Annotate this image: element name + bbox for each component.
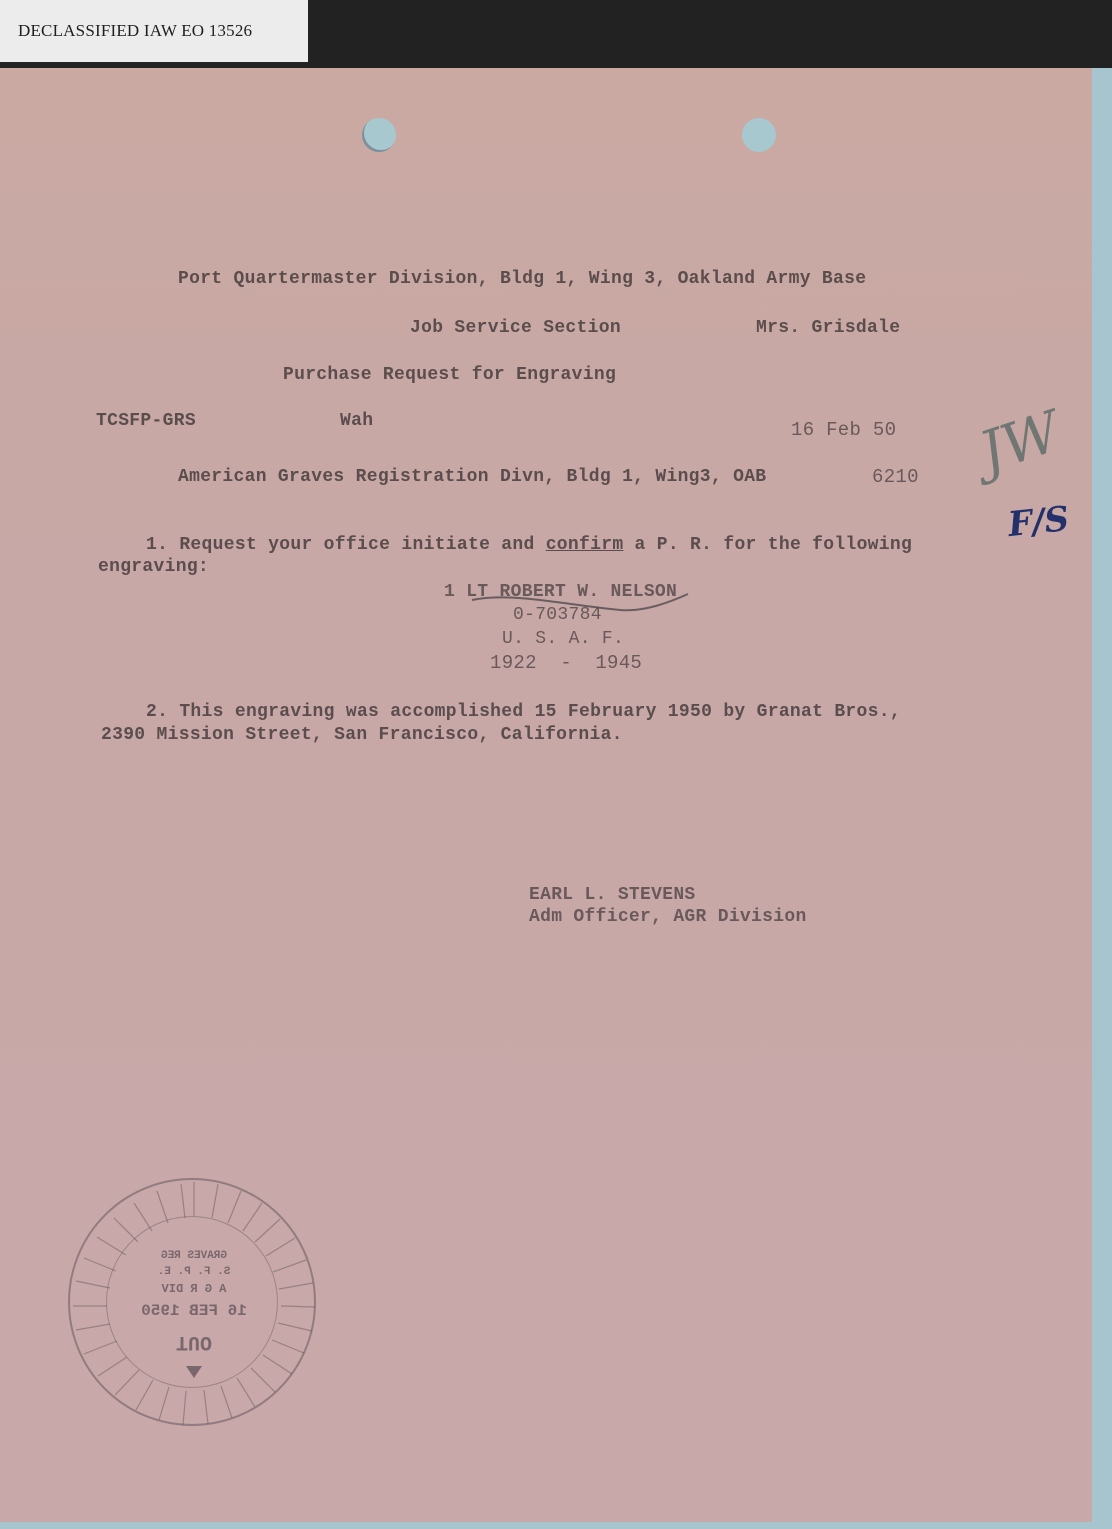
paragraph-2-line-2: 2390 Mission Street, San Francisco, Cali…	[101, 725, 623, 745]
paragraph-2-line-1: 2. This engraving was accomplished 15 Fe…	[146, 702, 901, 722]
office-symbol: TCSFP-GRS	[96, 411, 196, 431]
punch-hole-right-icon	[742, 118, 776, 152]
engraving-years: 1922 - 1945	[490, 652, 642, 674]
paragraph-1-text-before: Request your office initiate and	[179, 535, 534, 555]
signer-name: EARL L. STEVENS	[529, 885, 696, 905]
signer-title: Adm Officer, AGR Division	[529, 907, 807, 927]
section-name: Job Service Section	[410, 318, 621, 338]
engraving-branch: U. S. A. F.	[502, 629, 624, 649]
paragraph-1-number: 1.	[146, 535, 168, 555]
scan-background-edge	[1092, 68, 1112, 1529]
from-line: Port Quartermaster Division, Bldg 1, Win…	[178, 269, 866, 289]
paragraph-1-continuation: engraving:	[98, 557, 209, 577]
engraving-service-number: 0-703784	[513, 605, 602, 625]
document-date: 16 Feb 50	[791, 419, 896, 441]
subject-line: Purchase Request for Engraving	[283, 365, 616, 385]
stamp-out: OUT	[70, 1330, 318, 1353]
typist-initials: Wah	[340, 411, 373, 431]
paragraph-1-text-after: a P. R. for the following	[635, 535, 913, 555]
handwritten-annotation: F/S	[1006, 499, 1071, 545]
to-address: American Graves Registration Divn, Bldg …	[178, 467, 766, 487]
paragraph-2-text: This engraving was accomplished 15 Febru…	[179, 702, 901, 722]
underlined-confirm: confirm	[546, 535, 624, 555]
declassification-label: DECLASSIFIED IAW EO 13526	[0, 0, 308, 62]
phone-extension: 6210	[872, 466, 919, 488]
punch-hole-left-icon	[362, 118, 396, 152]
stamp-line-2: S. F. P. E.	[70, 1266, 318, 1278]
received-stamp-bleedthrough: GRAVES REG S. F. P. E. A G R DIV 16 FEB …	[68, 1178, 316, 1426]
stamp-triangle-icon	[186, 1366, 202, 1378]
attention-name: Mrs. Grisdale	[756, 318, 900, 338]
stamp-date: 16 FEB 1950	[70, 1302, 318, 1320]
paragraph-2-number: 2.	[146, 702, 168, 722]
scan-background-bottom	[0, 1522, 1112, 1529]
stamp-line-3: A G R DIV	[70, 1282, 318, 1296]
paragraph-1-line-1: 1. Request your office initiate and conf…	[146, 535, 912, 555]
stamp-line-1: GRAVES REG	[70, 1250, 318, 1262]
